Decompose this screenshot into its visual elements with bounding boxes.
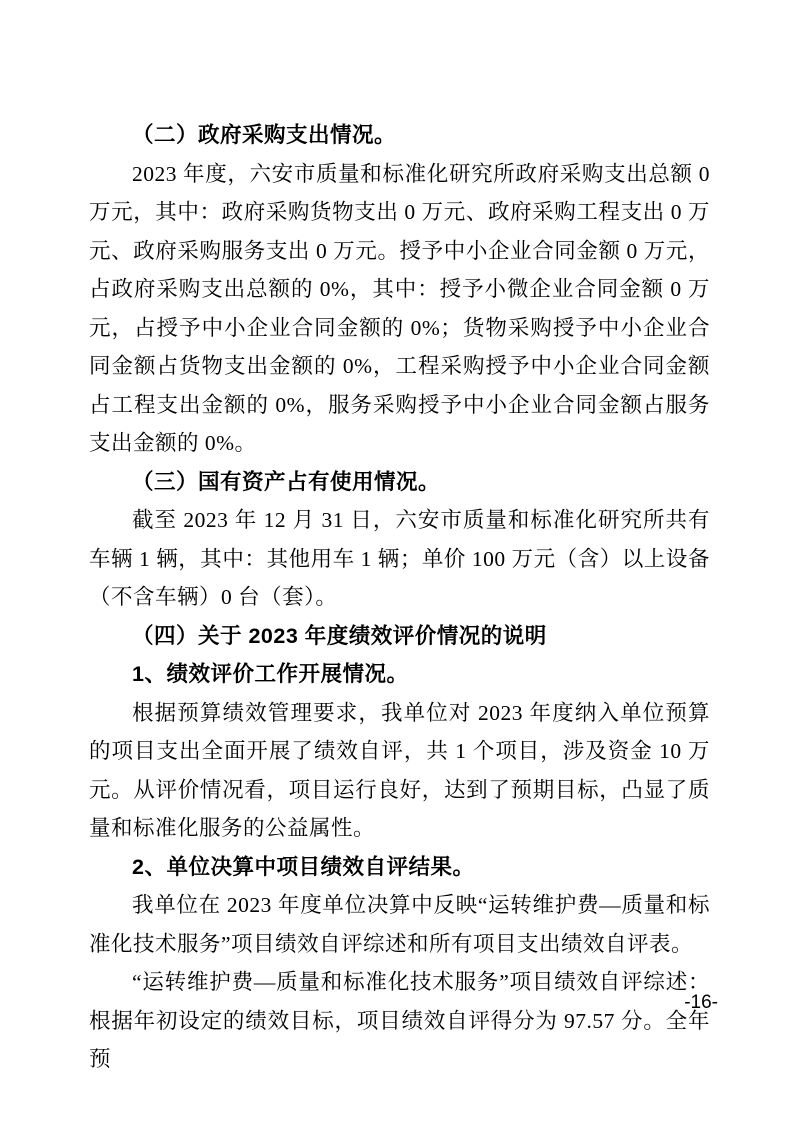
page-content: （二）政府采购支出情况。 2023 年度，六安市质量和标准化研究所政府采购支出总… xyxy=(89,116,710,1079)
paragraph-self-evaluation-summary: 我单位在 2023 年度单位决算中反映“运转维护费—质量和标准化技术服务”项目绩… xyxy=(89,886,710,963)
paragraph-state-assets: 截至 2023 年 12 月 31 日，六安市质量和标准化研究所共有车辆 1 辆… xyxy=(89,501,710,617)
page-number: -16- xyxy=(684,992,718,1014)
document-page: （二）政府采购支出情况。 2023 年度，六安市质量和标准化研究所政府采购支出总… xyxy=(0,0,793,1122)
section-heading-gov-procurement: （二）政府采购支出情况。 xyxy=(89,116,710,155)
subsection-heading-self-evaluation-result: 2、单位决算中项目绩效自评结果。 xyxy=(89,848,710,887)
subsection-heading-evaluation-work: 1、绩效评价工作开展情况。 xyxy=(89,655,710,694)
paragraph-gov-procurement: 2023 年度，六安市质量和标准化研究所政府采购支出总额 0 万元，其中：政府采… xyxy=(89,155,710,463)
paragraph-self-evaluation-score: “运转维护费—质量和标准化技术服务”项目绩效自评综述：根据年初设定的绩效目标，项… xyxy=(89,963,710,1079)
paragraph-evaluation-work: 根据预算绩效管理要求，我单位对 2023 年度纳入单位预算的项目支出全面开展了绩… xyxy=(89,694,710,848)
section-heading-performance-evaluation: （四）关于 2023 年度绩效评价情况的说明 xyxy=(89,617,710,656)
section-heading-state-assets: （三）国有资产占有使用情况。 xyxy=(89,463,710,502)
